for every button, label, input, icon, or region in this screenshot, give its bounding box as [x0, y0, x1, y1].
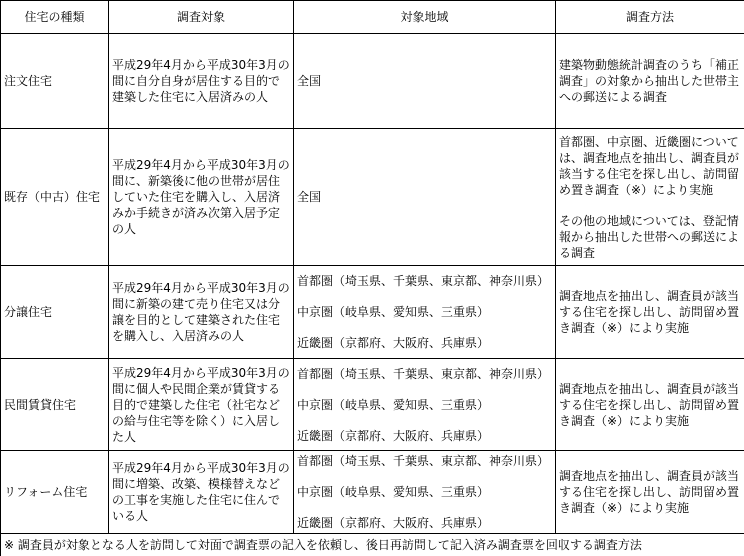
footnote-row: ※ 調査員が対象となる人を訪問して対面で調査票の記入を依頼し、後日再訪問して記入… — [1, 534, 744, 556]
cell-survey-target: 平成29年4月から平成30年3月の間に個人や民間企業が賃貸する目的で建築した住宅… — [109, 359, 294, 451]
table-row: 分譲住宅 平成29年4月から平成30年3月の間に新築の建て売り住宅又は分譲を目的… — [1, 266, 744, 359]
region-line: 近畿圏（京都府、大阪府、兵庫県） — [297, 515, 552, 531]
region-line: 首都圏（埼玉県、千葉県、東京都、神奈川県） — [297, 366, 552, 382]
cell-target-region: 全国 — [294, 34, 556, 129]
region-line: 中京圏（岐阜県、愛知県、三重県） — [297, 484, 552, 500]
region-line: 首都圏（埼玉県、千葉県、東京都、神奈川県） — [297, 273, 552, 289]
cell-housing-type: 既存（中古）住宅 — [1, 129, 109, 266]
cell-survey-target: 平成29年4月から平成30年3月の間に新築の建て売り住宅又は分譲を目的として建築… — [109, 266, 294, 359]
cell-target-region: 首都圏（埼玉県、千葉県、東京都、神奈川県） 中京圏（岐阜県、愛知県、三重県） 近… — [294, 359, 556, 451]
header-housing-type: 住宅の種類 — [1, 1, 109, 34]
cell-survey-method: 首都圏、中京圏、近畿圏については、調査地点を抽出し、調査員が該当する住宅を探し出… — [556, 129, 744, 266]
cell-housing-type: リフォーム住宅 — [1, 451, 109, 534]
cell-target-region: 全国 — [294, 129, 556, 266]
cell-survey-method: 調査地点を抽出し、調査員が該当する住宅を探し出し、訪問留め置き調査（※）により実… — [556, 359, 744, 451]
region-line: 近畿圏（京都府、大阪府、兵庫県） — [297, 335, 552, 351]
region-line: 中京圏（岐阜県、愛知県、三重県） — [297, 304, 552, 320]
cell-housing-type: 注文住宅 — [1, 34, 109, 129]
table-row: 注文住宅 平成29年4月から平成30年3月の間に自分自身が居住する目的で建築した… — [1, 34, 744, 129]
cell-survey-method: 調査地点を抽出し、調査員が該当する住宅を探し出し、訪問留め置き調査（※）により実… — [556, 266, 744, 359]
cell-housing-type: 分譲住宅 — [1, 266, 109, 359]
region-line: 近畿圏（京都府、大阪府、兵庫県） — [297, 428, 552, 444]
cell-survey-target: 平成29年4月から平成30年3月の間に自分自身が居住する目的で建築した住宅に入居… — [109, 34, 294, 129]
table-row: 既存（中古）住宅 平成29年4月から平成30年3月の間に、新築後に他の世帯が居住… — [1, 129, 744, 266]
header-survey-target: 調査対象 — [109, 1, 294, 34]
footnote: ※ 調査員が対象となる人を訪問して対面で調査票の記入を依頼し、後日再訪問して記入… — [1, 534, 744, 556]
cell-target-region: 首都圏（埼玉県、千葉県、東京都、神奈川県） 中京圏（岐阜県、愛知県、三重県） 近… — [294, 266, 556, 359]
cell-survey-method: 建築物動態統計調査のうち「補正調査」の対象から抽出した世帯主への郵送による調査 — [556, 34, 744, 129]
table-row: リフォーム住宅 平成29年4月から平成30年3月の間に増築、改築、模様替えなどの… — [1, 451, 744, 534]
cell-housing-type: 民間賃貸住宅 — [1, 359, 109, 451]
cell-survey-target: 平成29年4月から平成30年3月の間に、新築後に他の世帯が居住していた住宅を購入… — [109, 129, 294, 266]
header-target-region: 対象地域 — [294, 1, 556, 34]
cell-survey-method: 調査地点を抽出し、調査員が該当する住宅を探し出し、訪問留め置き調査（※）により実… — [556, 451, 744, 534]
method-paragraph: その他の地域については、登記情報から抽出した世帯への郵送による調査 — [559, 213, 741, 261]
housing-survey-table: 住宅の種類 調査対象 対象地域 調査方法 注文住宅 平成29年4月から平成30年… — [0, 0, 744, 556]
method-paragraph: 首都圏、中京圏、近畿圏については、調査地点を抽出し、調査員が該当する住宅を探し出… — [559, 134, 741, 198]
table-row: 民間賃貸住宅 平成29年4月から平成30年3月の間に個人や民間企業が賃貸する目的… — [1, 359, 744, 451]
table-header-row: 住宅の種類 調査対象 対象地域 調査方法 — [1, 1, 744, 34]
region-line: 中京圏（岐阜県、愛知県、三重県） — [297, 397, 552, 413]
cell-target-region: 首都圏（埼玉県、千葉県、東京都、神奈川県） 中京圏（岐阜県、愛知県、三重県） 近… — [294, 451, 556, 534]
header-survey-method: 調査方法 — [556, 1, 744, 34]
cell-survey-target: 平成29年4月から平成30年3月の間に増築、改築、模様替えなどの工事を実施した住… — [109, 451, 294, 534]
region-line: 首都圏（埼玉県、千葉県、東京都、神奈川県） — [297, 453, 552, 469]
